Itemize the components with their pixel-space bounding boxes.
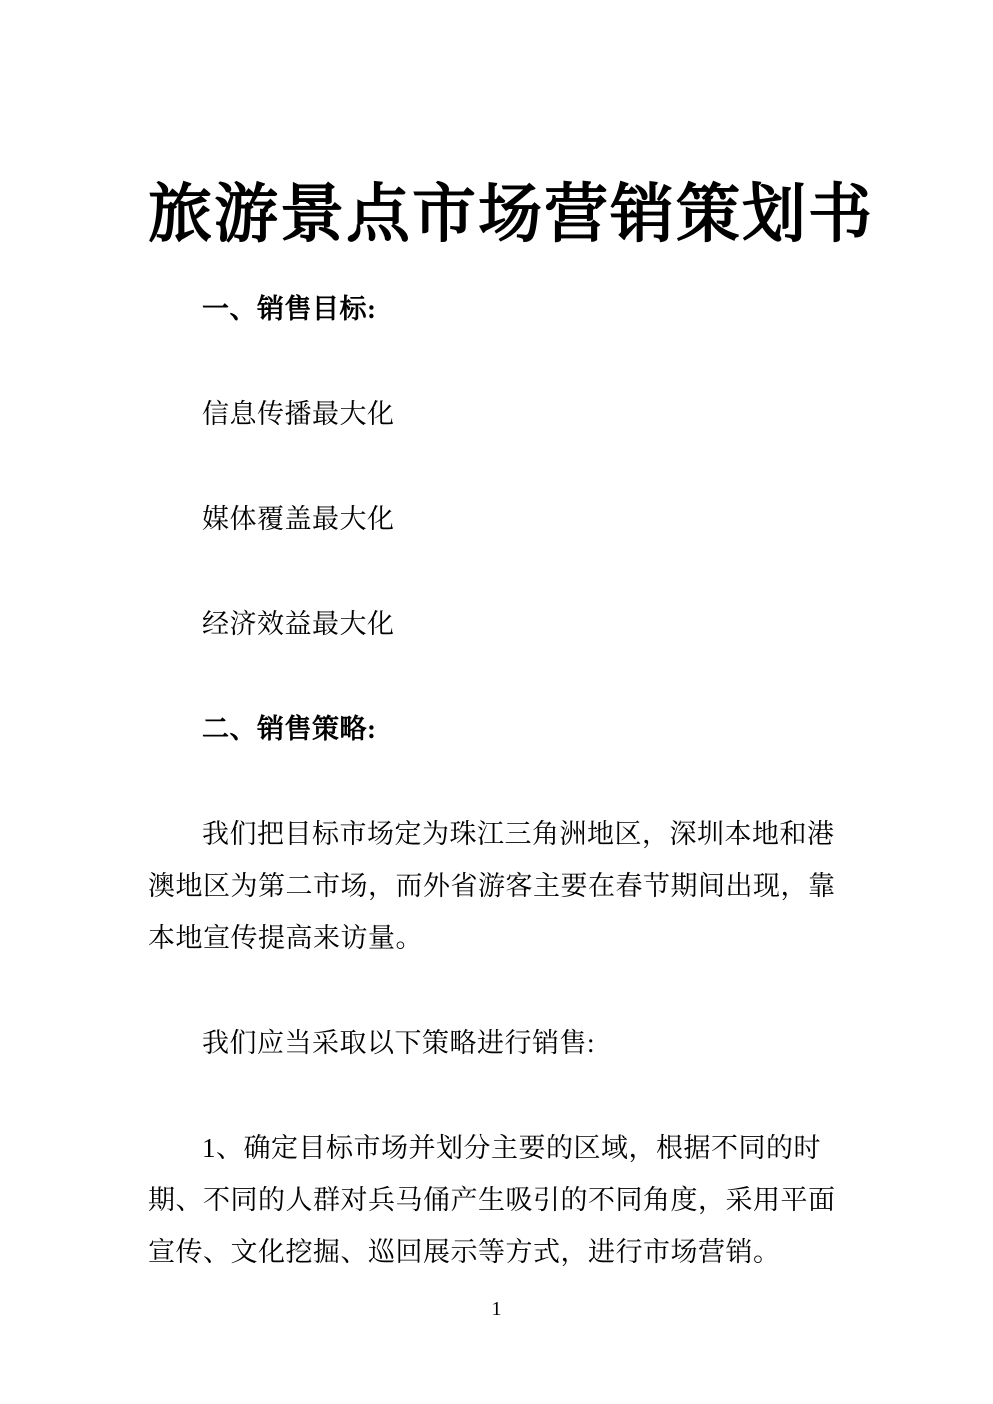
strategy-paragraph-item-1: 1、确定目标市场并划分主要的区域，根据不同的时期、不同的人群对兵马俑产生吸引的不…: [148, 1122, 848, 1278]
document-title: 旅游景点市场营销策划书: [148, 173, 848, 257]
section-1-heading: 一、销售目标:: [148, 283, 848, 335]
goal-item-economic-benefit: 经济效益最大化: [148, 598, 848, 650]
page-number: 1: [0, 1298, 993, 1320]
goal-item-info-spread: 信息传播最大化: [148, 388, 848, 440]
goal-item-media-coverage: 媒体覆盖最大化: [148, 493, 848, 545]
strategy-paragraph-target-market: 我们把目标市场定为珠江三角洲地区，深圳本地和港澳地区为第二市场，而外省游客主要在…: [148, 808, 848, 964]
document-page: 旅游景点市场营销策划书 一、销售目标: 信息传播最大化 媒体覆盖最大化 经济效益…: [0, 0, 993, 1404]
strategy-paragraph-intro: 我们应当采取以下策略进行销售:: [148, 1017, 848, 1069]
section-2-heading: 二、销售策略:: [148, 703, 848, 755]
